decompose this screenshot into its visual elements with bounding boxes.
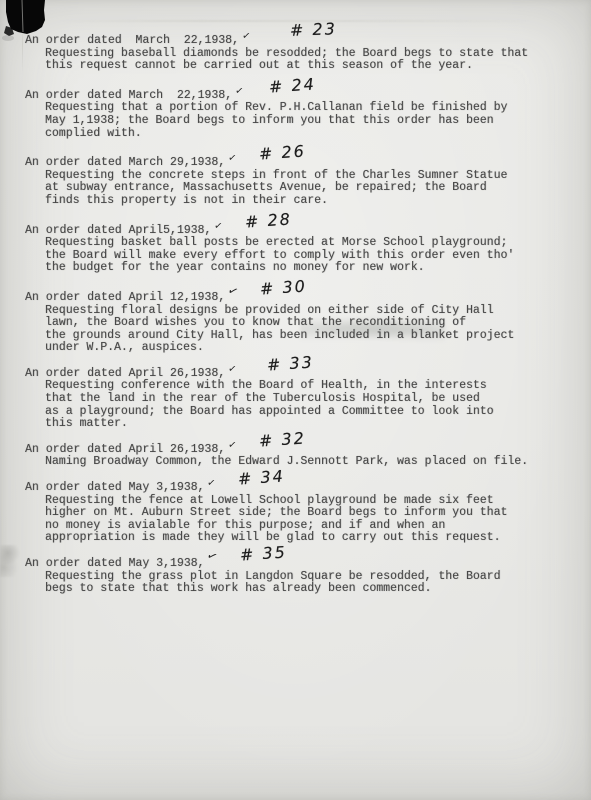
handwritten-order-number: # 33 <box>266 356 314 372</box>
order-heading: An order dated May 3,1938,✓# 34 <box>25 479 570 495</box>
order-date-text: An order dated March 22,1938, <box>25 89 232 102</box>
handwritten-checkmark-icon: ✓ <box>234 85 244 99</box>
order-body-line: that the land in the rear of the Tubercu… <box>45 393 570 406</box>
order-heading: An order dated April 26,1938,✓# 33 <box>25 365 570 381</box>
order-body-line: appropriation is made they will be glad … <box>45 532 570 545</box>
order-date-text: An order dated April 26,1938, <box>25 367 225 380</box>
handwritten-order-number: # 35 <box>239 546 287 562</box>
handwritten-checkmark-icon: ✓ <box>226 283 240 299</box>
order-entry-34: An order dated May 3,1938,✓# 34 Requesti… <box>25 479 570 545</box>
order-body-line: begs to state that this work has already… <box>45 583 570 596</box>
order-body-line: the budget for the year contains no mone… <box>45 262 570 275</box>
handwritten-checkmark-icon: ✓ <box>227 439 237 453</box>
order-entry-35: An order dated May 3,1938,✓# 35 Requesti… <box>25 555 570 596</box>
handwritten-order-number: # 32 <box>258 432 306 448</box>
order-date-text: An order dated May 3,1938, <box>25 557 204 570</box>
handwritten-checkmark-icon: ✓ <box>227 153 237 167</box>
order-body: Requesting baseball diamonds be resodded… <box>45 48 570 73</box>
order-entry-32: An order dated April 26,1938,✓# 32 Namin… <box>25 441 570 469</box>
order-heading: An order dated March 22,1938,✓# 24 <box>25 87 570 103</box>
order-body-line: this request cannot be carried out at th… <box>45 60 570 73</box>
order-entry-26: An order dated March 29,1938,✓# 26 Reque… <box>25 154 570 207</box>
order-date-text: An order dated March 22,1938, <box>25 34 239 47</box>
order-body-line: finds this property is not in their care… <box>45 195 570 208</box>
order-entry-33: An order dated April 26,1938,✓# 33 Reque… <box>25 365 570 431</box>
handwritten-checkmark-icon: ✓ <box>205 548 220 564</box>
order-heading: An order dated April 26,1938,✓# 32 <box>25 441 570 457</box>
handwritten-order-number: # 24 <box>269 78 317 94</box>
order-body-line: Requesting basket ball posts be erected … <box>45 237 570 250</box>
order-heading: An order dated March 22,1938,✓# 23 <box>25 32 570 48</box>
order-date-text: An order dated April 12,1938, <box>25 291 225 304</box>
order-entry-28: An order dated April5,1938,✓# 28 Request… <box>25 222 570 275</box>
handwritten-checkmark-icon: ✓ <box>227 363 237 377</box>
order-body: Requesting the grass plot in Langdon Squ… <box>45 571 570 596</box>
handwritten-checkmark-icon: ✓ <box>207 478 217 492</box>
handwritten-order-number: # 23 <box>290 23 337 37</box>
order-heading: An order dated April 12,1938,✓# 30 <box>25 289 570 305</box>
order-body: Naming Broadway Common, the Edward J.Sen… <box>45 456 570 469</box>
order-body-line: complied with. <box>45 128 570 141</box>
order-body-line: this matter. <box>45 418 570 431</box>
order-body: Requesting floral designs be provided on… <box>45 305 570 355</box>
order-entry-24: An order dated March 22,1938,✓# 24 Reque… <box>25 87 570 140</box>
order-body: Requesting basket ball posts be erected … <box>45 237 570 275</box>
edge-smudge-artifact <box>0 545 26 577</box>
order-entry-30: An order dated April 12,1938,✓# 30 Reque… <box>25 289 570 355</box>
typewritten-document: An order dated March 22,1938,✓# 23 Reque… <box>25 32 570 606</box>
order-date-text: An order dated April5,1938, <box>25 224 211 237</box>
order-body-line: Naming Broadway Common, the Edward J.Sen… <box>45 456 570 469</box>
order-body-line: May 1,1938; the Board begs to inform you… <box>45 115 570 128</box>
order-date-text: An order dated May 3,1938, <box>25 481 204 494</box>
order-body: Requesting conference with the Board of … <box>45 380 570 430</box>
order-body: Requesting that a portion of Rev. P.H.Ca… <box>45 102 570 140</box>
order-body-line: lawn, the Board wishes you to know that … <box>45 317 570 330</box>
order-entry-23: An order dated March 22,1938,✓# 23 Reque… <box>25 32 570 73</box>
order-body: Requesting the fence at Lowell School pl… <box>45 495 570 545</box>
handwritten-order-number: # 34 <box>237 470 285 486</box>
order-heading: An order dated May 3,1938,✓# 35 <box>25 555 570 571</box>
handwritten-order-number: # 30 <box>260 280 308 296</box>
order-body: Requesting the concrete steps in front o… <box>45 170 570 208</box>
handwritten-checkmark-icon: ✓ <box>241 30 251 44</box>
order-date-text: An order dated April 26,1938, <box>25 443 225 456</box>
order-date-text: An order dated March 29,1938, <box>25 156 225 169</box>
order-heading: An order dated April5,1938,✓# 28 <box>25 222 570 238</box>
handwritten-checkmark-icon: ✓ <box>214 220 224 234</box>
handwritten-order-number: # 28 <box>244 213 292 229</box>
handwritten-order-number: # 26 <box>258 146 306 162</box>
order-body-line: higher on Mt. Auburn Street side; the Bo… <box>45 507 570 520</box>
order-heading: An order dated March 29,1938,✓# 26 <box>25 154 570 170</box>
